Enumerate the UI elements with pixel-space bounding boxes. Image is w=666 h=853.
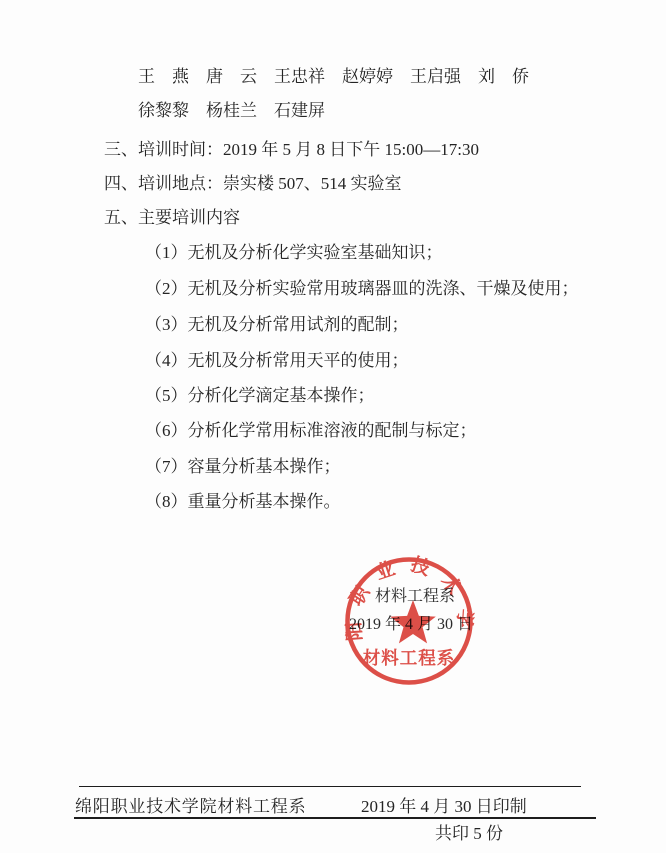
training-item-3: （3）无机及分析常用试剂的配制； — [145, 315, 409, 335]
training-item-5: （5）分析化学滴定基本操作； — [145, 386, 375, 406]
section-training-location: 四、培训地点：崇实楼 507、514 实验室 — [104, 174, 402, 194]
stamp-star-icon — [390, 600, 436, 643]
section-training-content: 五、主要培训内容 — [104, 208, 240, 228]
training-item-1: （1）无机及分析化学实验室基础知识； — [145, 243, 443, 263]
footer-rule-top — [79, 786, 581, 787]
footer-copies-count: 共印 5 份 — [435, 824, 503, 844]
document-page: 王 燕 唐 云 王忠祥 赵婷婷 王启强 刘 侨 徐黎黎 杨桂兰 石建屏 三、培训… — [0, 0, 666, 853]
footer-print-date: 2019 年 4 月 30 日印制 — [361, 797, 527, 817]
attendee-names-line-2: 徐黎黎 杨桂兰 石建屏 — [138, 101, 325, 121]
footer-issuer: 绵阳职业技术学院材料工程系 — [75, 797, 306, 817]
stamp-bottom-text: 材料工程系 — [363, 648, 456, 668]
attendee-names-line-1: 王 燕 唐 云 王忠祥 赵婷婷 王启强 刘 侨 — [138, 67, 529, 87]
section-training-time: 三、培训时间：2019 年 5 月 8 日下午 15:00—17:30 — [104, 140, 479, 160]
footer-rule-bottom — [74, 817, 596, 819]
official-seal-stamp: 绵阳职业技术学院 材料工程系 — [337, 549, 483, 695]
training-item-4: （4）无机及分析常用天平的使用； — [145, 351, 409, 371]
training-item-2: （2）无机及分析实验常用玻璃器皿的洗涤、干燥及使用； — [145, 279, 579, 299]
training-item-8: （8）重量分析基本操作。 — [145, 492, 341, 512]
training-item-7: （7）容量分析基本操作； — [145, 457, 341, 477]
training-item-6: （6）分析化学常用标准溶液的配制与标定； — [145, 421, 477, 441]
